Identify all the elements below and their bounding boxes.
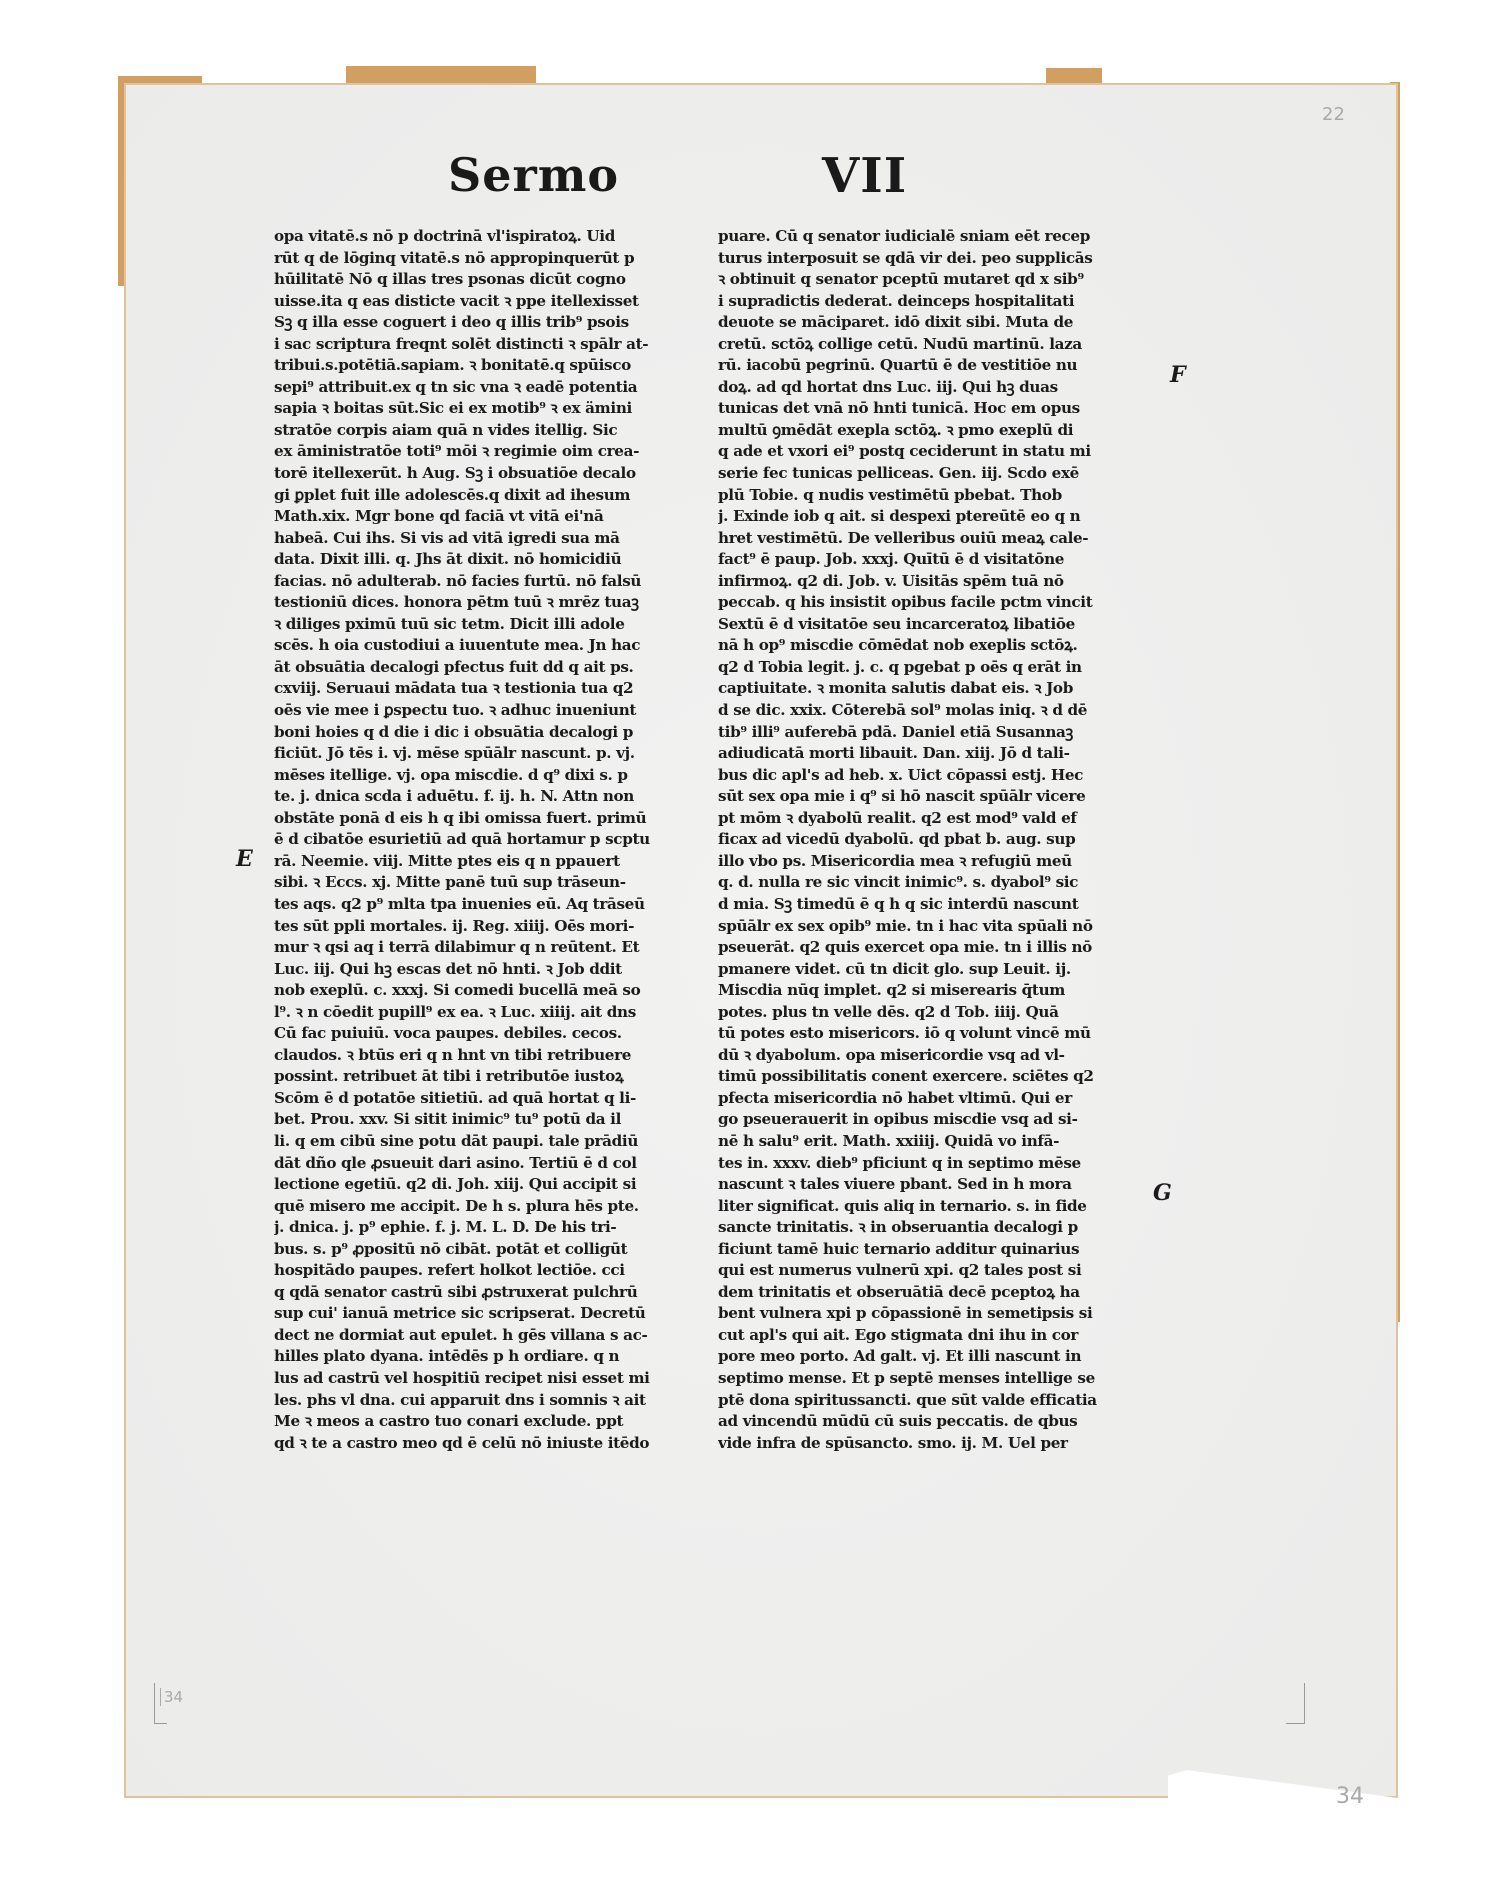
- text-line: stratōe corpis aiam quā n vides itellig.…: [274, 420, 700, 442]
- text-line: uisse.ita q eas disticte vacit ꝛ ppe ite…: [274, 291, 700, 313]
- text-line: qui est numerus vulnerū xpi. q2 tales po…: [718, 1260, 1158, 1282]
- backing-strip-top-middle: [346, 66, 536, 84]
- text-line: liter significat. quis aliq in ternario.…: [718, 1196, 1158, 1218]
- text-line: captiuitate. ꝛ monita salutis dabat eis.…: [718, 678, 1158, 700]
- text-line: sūt sex opa mie i q⁹ si hō nascit spūālr…: [718, 786, 1158, 808]
- text-line: turus interposuit se qdā vir dei. peo su…: [718, 248, 1158, 270]
- text-line: Me ꝛ meos a castro tuo conari exclude. p…: [274, 1411, 700, 1433]
- text-line: ex āministratōe toti⁹ mōi ꝛ regimie oim …: [274, 441, 700, 463]
- text-line: bus dic apl's ad heb. x. Uict cōpassi es…: [718, 765, 1158, 787]
- pencil-boxed-number: 34: [160, 1688, 183, 1706]
- text-line: nē h salu⁹ erit. Math. xxiiij. Quidā vo …: [718, 1131, 1158, 1153]
- text-line: bent vulnera xpi p cōpassionē in semetip…: [718, 1303, 1158, 1325]
- crop-mark-bottom-right: [1286, 1683, 1305, 1724]
- text-line: tū potes esto misericors. iō q volunt vi…: [718, 1023, 1158, 1045]
- margin-letter-g: G: [1153, 1180, 1172, 1206]
- text-line: Miscdia nūq implet. q2 si miserearis q̄t…: [718, 980, 1158, 1002]
- text-line: hūilitatē Nō q illas tres psonas dicūt c…: [274, 269, 700, 291]
- text-line: q ade et vxori ei⁹ postq ceciderunt in s…: [718, 441, 1158, 463]
- pencil-number-bottom-right: 34: [1336, 1784, 1364, 1809]
- text-line: quē misero me accipit. De h s. plura hēs…: [274, 1196, 700, 1218]
- text-line: rūt q de lōginq vitatē.s nō appropinquer…: [274, 248, 700, 270]
- text-line: rā. Neemie. viij. Mitte ptes eis q n ppa…: [274, 851, 700, 873]
- text-line: spūālr ex sex opib⁹ mie. tn i hac vita s…: [718, 916, 1158, 938]
- text-line: cxviij. Seruaui mādata tua ꝛ testionia t…: [274, 678, 700, 700]
- text-line: scēs. h oia custodiui a iuuentute mea. J…: [274, 635, 700, 657]
- text-line: plū Tobie. q nudis vestimētū pbebat. Tho…: [718, 485, 1158, 507]
- text-line: ptē dona spiritussancti. que sūt valde e…: [718, 1390, 1158, 1412]
- text-line: tunicas det vnā nō hnti tunicā. Hoc em o…: [718, 398, 1158, 420]
- text-line: infirmoꝝ. q2 di. Job. v. Uisitās spēm tu…: [718, 571, 1158, 593]
- text-line: gi ꝑplet fuit ille adolescēs.q dixit ad …: [274, 485, 700, 507]
- text-line: tes aqs. q2 p⁹ mlta tpa inuenies eū. Aq …: [274, 894, 700, 916]
- text-line: hilles plato dyana. intēdēs p h ordiare.…: [274, 1346, 700, 1368]
- text-line: les. phs vl dna. cui apparuit dns i somn…: [274, 1390, 700, 1412]
- text-line: rū. iacobū pegrinū. Quartū ē de vestitiō…: [718, 355, 1158, 377]
- text-line: serie fec tunicas pelliceas. Gen. iij. S…: [718, 463, 1158, 485]
- text-line: ꝛ diliges pximū tuū sic tetm. Dicit illi…: [274, 614, 700, 636]
- text-line: pt mōm ꝛ dyabolū realit. q2 est mod⁹ val…: [718, 808, 1158, 830]
- text-line: puare. Cū q senator iudicialē sniam eēt …: [718, 226, 1158, 248]
- text-line: ficax ad vicedū dyabolū. qd pbat b. aug.…: [718, 829, 1158, 851]
- text-line: j. Exinde iob q ait. si despexi ptereūtē…: [718, 506, 1158, 528]
- text-line: habeā. Cui ihs. Si vis ad vitā igredi su…: [274, 528, 700, 550]
- text-line: Scōm ē d potatōe sitietiū. ad quā hortat…: [274, 1088, 700, 1110]
- text-column-left: opa vitatē.s nō p doctrinā vl'ispiratoꝝ.…: [274, 226, 700, 1454]
- text-line: facias. nō adulterab. nō facies furtū. n…: [274, 571, 700, 593]
- text-line: lus ad castrū vel hospitiū recipet nisi …: [274, 1368, 700, 1390]
- text-line: pore meo porto. Ad galt. vj. Et illi nas…: [718, 1346, 1158, 1368]
- text-line: cretū. sctōꝝ collige cetū. Nudū martinū.…: [718, 334, 1158, 356]
- text-line: ē d cibatōe esurietiū ad quā hortamur p …: [274, 829, 700, 851]
- text-line: fact⁹ ē paup. Job. xxxj. Quītū ē d visit…: [718, 549, 1158, 571]
- text-line: testioniū dices. honora pētm tuū ꝛ mrēz …: [274, 592, 700, 614]
- text-line: bus. s. p⁹ ꝓpositū nō cibāt. potāt et co…: [274, 1239, 700, 1261]
- text-line: Math.xix. Mgr bone qd faciā vt vitā ei'n…: [274, 506, 700, 528]
- text-line: ficiūt. Jō tēs i. vj. mēse spūālr nascun…: [274, 743, 700, 765]
- backing-strip-top-right: [1046, 68, 1102, 84]
- text-line: deuote se māciparet. idō dixit sibi. Mut…: [718, 312, 1158, 334]
- text-line: tib⁹ illi⁹ auferebā pdā. Daniel etiā Sus…: [718, 722, 1158, 744]
- text-line: claudos. ꝛ btūs eri q n hnt vn tibi retr…: [274, 1045, 700, 1067]
- text-line: potes. plus tn velle dēs. q2 d Tob. iiij…: [718, 1002, 1158, 1024]
- text-column-right: puare. Cū q senator iudicialē sniam eēt …: [718, 226, 1158, 1454]
- text-line: ficiunt tamē huic ternario additur quina…: [718, 1239, 1158, 1261]
- text-line: ad vincendū mūdū cū suis peccatis. de qb…: [718, 1411, 1158, 1433]
- text-line: data. Dixit illi. q. Jhs āt dixit. nō ho…: [274, 549, 700, 571]
- text-line: nob exeplū. c. xxxj. Si comedi bucellā m…: [274, 980, 700, 1002]
- text-line: peccab. q his insistit opibus facile pct…: [718, 592, 1158, 614]
- text-line: illo vbo ps. Misericordia mea ꝛ refugiū …: [718, 851, 1158, 873]
- text-line: sapia ꝛ boitas sūt.Sic ei ex motib⁹ ꝛ ex…: [274, 398, 700, 420]
- text-line: cut apl's qui ait. Ego stigmata dni ihu …: [718, 1325, 1158, 1347]
- text-line: j. dnica. j. p⁹ ephie. f. j. M. L. D. De…: [274, 1217, 700, 1239]
- text-line: obstāte ponā d eis h q ibi omissa fuert.…: [274, 808, 700, 830]
- text-line: Cū fac puiuiū. voca paupes. debiles. cec…: [274, 1023, 700, 1045]
- text-line: hospitādo paupes. refert holkot lectiōe.…: [274, 1260, 700, 1282]
- text-line: l⁹. ꝛ n cōedit pupill⁹ ex ea. ꝛ Luc. xii…: [274, 1002, 700, 1024]
- text-line: septimo mense. Et p septē menses intelli…: [718, 1368, 1158, 1390]
- text-line: timū possibilitatis conent exercere. sci…: [718, 1066, 1158, 1088]
- pencil-folio-number-top: 22: [1322, 104, 1345, 125]
- text-line: mēses itellige. vj. opa miscdie. d q⁹ di…: [274, 765, 700, 787]
- text-line: te. j. dnica scda i aduētu. f. ij. h. N.…: [274, 786, 700, 808]
- text-line: nā h op⁹ miscdie cōmēdat nob exeplis sct…: [718, 635, 1158, 657]
- text-line: boni hoies q d die i dic i obsuātia deca…: [274, 722, 700, 744]
- text-line: tes sūt ppli mortales. ij. Reg. xiiij. O…: [274, 916, 700, 938]
- text-line: Sꝫ q illa esse coguert i deo q illis tri…: [274, 312, 700, 334]
- text-line: q2 d Tobia legit. j. c. q pgebat p oēs q…: [718, 657, 1158, 679]
- text-line: opa vitatē.s nō p doctrinā vl'ispiratoꝝ.…: [274, 226, 700, 248]
- text-line: q. d. nulla re sic vincit inimic⁹. s. dy…: [718, 872, 1158, 894]
- text-line: Luc. iij. Qui hꝫ escas det nō hnti. ꝛ Jo…: [274, 959, 700, 981]
- text-line: dect ne dormiat aut epulet. h gēs villan…: [274, 1325, 700, 1347]
- text-line: ꝛ obtinuit q senator pceptū mutaret qd x…: [718, 269, 1158, 291]
- text-line: sepi⁹ attribuit.ex q tn sic vna ꝛ eadē p…: [274, 377, 700, 399]
- text-line: vide infra de spūsancto. smo. ij. M. Uel…: [718, 1433, 1158, 1455]
- text-line: qd ꝛ te a castro meo qd ē celū nō iniust…: [274, 1433, 700, 1455]
- text-line: i supradictis dederat. deinceps hospital…: [718, 291, 1158, 313]
- text-line: i sac scriptura freqnt solēt distincti ꝛ…: [274, 334, 700, 356]
- text-line: oēs vie mee i ꝑspectu tuo. ꝛ adhuc inuen…: [274, 700, 700, 722]
- text-line: bet. Prou. xxv. Si sitit inimic⁹ tu⁹ pot…: [274, 1109, 700, 1131]
- text-line: torē itellexerūt. h Aug. Sꝫ i obsuatiōe …: [274, 463, 700, 485]
- text-line: sup cui' ianuā metrice sic scripserat. D…: [274, 1303, 700, 1325]
- text-line: possint. retribuet āt tibi i retributōe …: [274, 1066, 700, 1088]
- text-line: dāt dño qle ꝓsueuit dari asino. Tertiū ē…: [274, 1153, 700, 1175]
- text-line: pfecta misericordia nō habet vltimū. Qui…: [718, 1088, 1158, 1110]
- text-line: āt obsuātia decalogi pfectus fuit dd q a…: [274, 657, 700, 679]
- text-line: pmanere videt. cū tn dicit glo. sup Leui…: [718, 959, 1158, 981]
- text-line: d mia. Sꝫ timedū ē q h q sic interdū nas…: [718, 894, 1158, 916]
- text-line: d se dic. xxix. Cōterebā sol⁹ molas iniq…: [718, 700, 1158, 722]
- text-line: sibi. ꝛ Eccs. xj. Mitte panē tuū sup trā…: [274, 872, 700, 894]
- text-line: adiudicatā morti libauit. Dan. xiij. Jō …: [718, 743, 1158, 765]
- text-line: tribui.s.potētiā.sapiam. ꝛ bonitatē.q sp…: [274, 355, 700, 377]
- text-line: li. q em cibū sine potu dāt paupi. tale …: [274, 1131, 700, 1153]
- text-line: multū ꝯmēdāt exepla sctōꝝ. ꝛ pmo exeplū …: [718, 420, 1158, 442]
- text-line: hret vestimētū. De velleribus ouiū meaꝝ …: [718, 528, 1158, 550]
- text-line: go pseuerauerit in opibus miscdie vsq ad…: [718, 1109, 1158, 1131]
- text-line: lectione egetiū. q2 di. Joh. xiij. Qui a…: [274, 1174, 700, 1196]
- running-head-sermo: Sermo: [448, 148, 619, 202]
- text-line: mur ꝛ qsi aq i terrā dilabimur q n reūte…: [274, 937, 700, 959]
- margin-letter-f: F: [1170, 362, 1186, 388]
- text-line: dem trinitatis et obseruātiā decē pcepto…: [718, 1282, 1158, 1304]
- text-line: pseuerāt. q2 quis exercet opa mie. tn i …: [718, 937, 1158, 959]
- text-line: dū ꝛ dyabolum. opa misericordie vsq ad v…: [718, 1045, 1158, 1067]
- text-line: doꝝ. ad qd hortat dns Luc. iij. Qui hꝫ d…: [718, 377, 1158, 399]
- text-line: tes in. xxxv. dieb⁹ pficiunt q in septim…: [718, 1153, 1158, 1175]
- text-line: q qdā senator castrū sibi ꝓstruxerat pul…: [274, 1282, 700, 1304]
- text-line: Sextū ē d visitatōe seu incarceratoꝝ lib…: [718, 614, 1158, 636]
- text-line: nascunt ꝛ tales viuere pbant. Sed in h m…: [718, 1174, 1158, 1196]
- text-line: sancte trinitatis. ꝛ in obseruantia deca…: [718, 1217, 1158, 1239]
- running-head-number: VII: [822, 148, 907, 204]
- margin-letter-e: E: [236, 846, 253, 872]
